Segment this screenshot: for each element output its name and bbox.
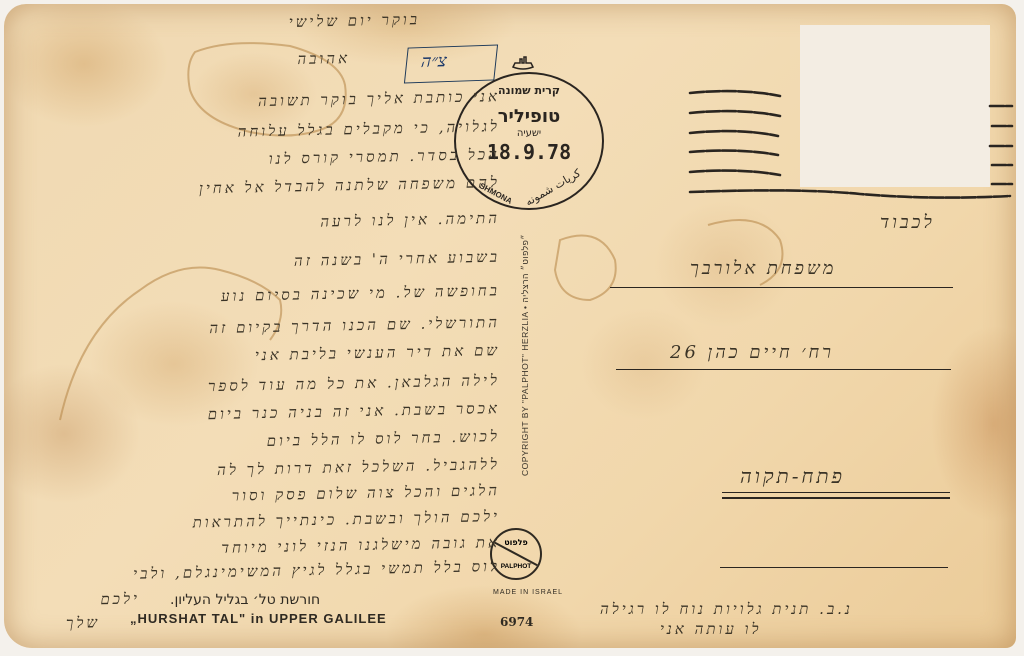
caption-hebrew: חורשת טל׳ בגליל העליון. <box>170 592 320 608</box>
message-line: ילכם <box>80 589 140 609</box>
boxed-note-text: צ״ה <box>420 51 448 72</box>
boxed-note: צ״ה <box>404 44 498 83</box>
made-in-label: MADE IN ISRAEL <box>493 589 563 596</box>
card-number: 6974 <box>500 615 533 629</box>
crown-icon <box>510 55 536 71</box>
address-line-1 <box>610 287 953 288</box>
address-to-label: לכבוד <box>880 212 935 233</box>
caption-english: „HURSHAT TAL" in UPPER GALILEE <box>130 611 387 626</box>
message-line: אהובה <box>250 49 350 70</box>
address-line-3a <box>722 492 950 493</box>
postscript-line-2: לו עותה אני <box>660 620 761 639</box>
address-street: רח׳ חיים כהן 26 <box>670 342 834 363</box>
address-line-2 <box>616 369 951 370</box>
message-line: בוקר יום שלישי <box>250 10 420 33</box>
copyright-text: COPYRIGHT BY "PALPHOT" HERZLIA • ״פלפוט״… <box>520 234 530 476</box>
message-line: שלך <box>30 613 100 633</box>
address-city: פתח-תקוה <box>740 464 845 489</box>
address-line-4 <box>720 567 948 568</box>
address-name: משפחת אלורבך <box>690 258 836 279</box>
copyright-vertical: COPYRIGHT BY "PALPHOT" HERZLIA • ״פלפוט״… <box>516 210 534 500</box>
address-line-3b <box>722 497 950 499</box>
postscript-line-1: נ.ב. תנית גלויות נוח לו רגילה <box>600 600 853 619</box>
